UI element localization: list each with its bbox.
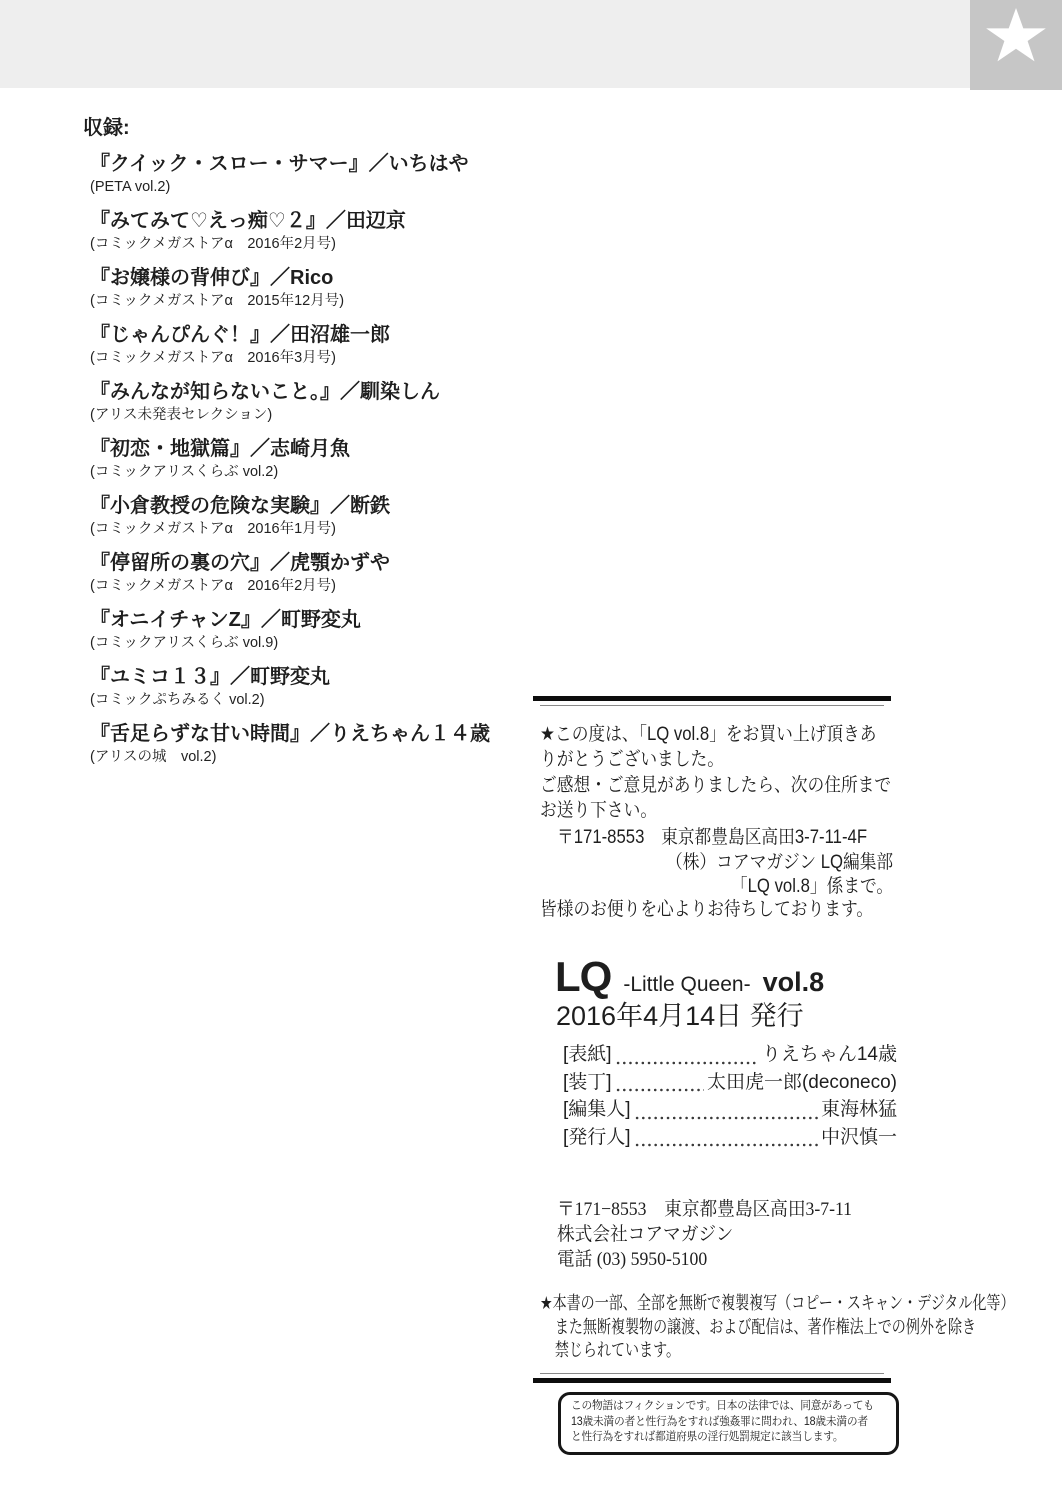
- work-source: (コミックメガストアα 2016年1月号): [90, 520, 550, 538]
- credit-value: 太田虎一郎(deconeco): [707, 1072, 897, 1094]
- copyright-line: ★本書の一部、全部を無断で複製複写（コピー・スキャン・デジタル化等）: [540, 1292, 1015, 1316]
- colophon-page: 収録: 『クイック・スロー・サマー』／いちはや (PETA vol.2) 『みて…: [0, 0, 1062, 1500]
- work-title: 『じゃんぴんぐ！』／田沼雄一郎: [90, 323, 550, 347]
- divider-top: [533, 696, 891, 706]
- work-title: 『クイック・スロー・サマー』／いちはや: [90, 152, 550, 176]
- fiction-disclaimer-box: この物語はフィクションです。日本の法律では、同意があっても 13歳未満の者と性行…: [558, 1392, 899, 1455]
- work-source: (コミックメガストアα 2016年2月号): [90, 235, 550, 253]
- copyright-line: また無断複製物の譲渡、および配信は、著作権法上での例外を除き: [540, 1316, 1015, 1340]
- work-source: (アリス未発表セレクション): [90, 406, 550, 424]
- divider-bottom: [533, 1373, 891, 1383]
- credit-row: [編集人] 東海林猛: [563, 1099, 897, 1121]
- copyright-notice: ★本書の一部、全部を無断で複製複写（コピー・スキャン・デジタル化等） また無断複…: [540, 1292, 1015, 1363]
- divider-thin-line: [540, 1373, 884, 1374]
- work-source: (コミックメガストアα 2016年2月号): [90, 577, 550, 595]
- list-item: 『お嬢様の背伸び』／Rico (コミックメガストアα 2015年12月号): [90, 266, 550, 310]
- work-title: 『みんなが知らないこと。』／馴染しん: [90, 380, 550, 404]
- work-title: 『小倉教授の危険な実験』／断鉄: [90, 494, 550, 518]
- fiction-disclaimer-text: この物語はフィクションです。日本の法律では、同意があっても 13歳未満の者と性行…: [571, 1399, 865, 1446]
- work-source: (コミックメガストアα 2015年12月号): [90, 292, 550, 310]
- credit-value: りえちゃん14歳: [762, 1044, 897, 1066]
- list-item: 『初恋・地獄篇』／志崎月魚 (コミックアリスくらぶ vol.2): [90, 437, 550, 481]
- contents-items: 『クイック・スロー・サマー』／いちはや (PETA vol.2) 『みてみて♡え…: [90, 152, 550, 766]
- divider-thick-line: [533, 1378, 891, 1383]
- credit-label: [表紙]: [563, 1044, 612, 1066]
- work-source: (PETA vol.2): [90, 178, 550, 196]
- list-item: 『オニイチャンZ』／町野変丸 (コミックアリスくらぶ vol.9): [90, 608, 550, 652]
- editorial-address-line: 「LQ vol.8」係まで。: [557, 875, 893, 900]
- list-item: 『じゃんぴんぐ！』／田沼雄一郎 (コミックメガストアα 2016年3月号): [90, 323, 550, 367]
- list-item: 『停留所の裏の穴』／虎顎かずや (コミックメガストアα 2016年2月号): [90, 551, 550, 595]
- star-badge: [970, 0, 1062, 90]
- dot-leader: [615, 1051, 759, 1066]
- issue-date: 2016年4月14日 発行: [556, 1001, 804, 1031]
- dot-leader: [634, 1106, 818, 1121]
- work-title: 『舌足らずな甘い時間』／りえちゃん１４歳: [90, 722, 550, 746]
- publication-subtitle: -Little Queen-: [623, 974, 750, 995]
- work-source: (コミックメガストアα 2016年3月号): [90, 349, 550, 367]
- star-icon: [985, 8, 1047, 67]
- credit-label: [発行人]: [563, 1127, 631, 1149]
- work-source: (コミックアリスくらぶ vol.2): [90, 463, 550, 481]
- list-item: 『みんなが知らないこと。』／馴染しん (アリス未発表セレクション): [90, 380, 550, 424]
- credit-row: [表紙] りえちゃん14歳: [563, 1044, 897, 1066]
- work-title: 『ユミコ１３』／町野変丸: [90, 665, 550, 689]
- list-item: 『舌足らずな甘い時間』／りえちゃん１４歳 (アリスの城 vol.2): [90, 722, 550, 766]
- work-title: 『停留所の裏の穴』／虎顎かずや: [90, 551, 550, 575]
- dot-leader: [615, 1079, 704, 1094]
- credit-value: 中沢慎一: [821, 1127, 897, 1149]
- credits-list: [表紙] りえちゃん14歳 [装丁] 太田虎一郎(deconeco) [編集人]…: [563, 1044, 897, 1154]
- work-source: (コミックぷちみるく vol.2): [90, 691, 550, 709]
- divider-thick-line: [533, 696, 891, 701]
- list-item: 『小倉教授の危険な実験』／断鉄 (コミックメガストアα 2016年1月号): [90, 494, 550, 538]
- copyright-line: 禁じられています。: [540, 1339, 1015, 1363]
- work-title: 『初恋・地獄篇』／志崎月魚: [90, 437, 550, 461]
- editorial-address-line: 〒171-8553 東京都豊島区高田3-7-11-4F: [557, 826, 893, 851]
- list-item: 『クイック・スロー・サマー』／いちはや (PETA vol.2): [90, 152, 550, 196]
- closing-note: 皆様のお便りを心よりお待ちしております。: [540, 897, 873, 922]
- credit-label: [編集人]: [563, 1099, 631, 1121]
- credit-row: [装丁] 太田虎一郎(deconeco): [563, 1072, 897, 1094]
- divider-thin-line: [540, 705, 884, 706]
- credit-row: [発行人] 中沢慎一: [563, 1127, 897, 1149]
- header-band: [0, 0, 1062, 88]
- work-title: 『オニイチャンZ』／町野変丸: [90, 608, 550, 632]
- work-source: (コミックアリスくらぶ vol.9): [90, 634, 550, 652]
- editorial-address: 〒171-8553 東京都豊島区高田3-7-11-4F （株）コアマガジン LQ…: [557, 826, 893, 900]
- publisher-address: 〒171−8553 東京都豊島区高田3-7-11 株式会社コアマガジン 電話 (…: [557, 1198, 852, 1272]
- contents-list: 収録: 『クイック・スロー・サマー』／いちはや (PETA vol.2) 『みて…: [90, 116, 550, 779]
- thank-you-message: ★この度は、「LQ vol.8」をお買い上げ頂きあ りがとうございました。 ご感…: [540, 722, 891, 823]
- publication-volume: vol.8: [763, 969, 825, 996]
- credit-value: 東海林猛: [821, 1099, 897, 1121]
- list-item: 『みてみて♡えっ痴♡２』／田辺京 (コミックメガストアα 2016年2月号): [90, 209, 550, 253]
- publication-logo: LQ: [555, 956, 611, 998]
- editorial-address-line: （株）コアマガジン LQ編集部: [557, 851, 893, 876]
- list-item: 『ユミコ１３』／町野変丸 (コミックぷちみるく vol.2): [90, 665, 550, 709]
- publication-title: LQ -Little Queen- vol.8: [555, 956, 824, 998]
- work-source: (アリスの城 vol.2): [90, 748, 550, 766]
- contents-heading: 収録:: [83, 116, 550, 140]
- credit-label: [装丁]: [563, 1072, 612, 1094]
- work-title: 『みてみて♡えっ痴♡２』／田辺京: [90, 209, 550, 233]
- dot-leader: [634, 1134, 818, 1149]
- work-title: 『お嬢様の背伸び』／Rico: [90, 266, 550, 290]
